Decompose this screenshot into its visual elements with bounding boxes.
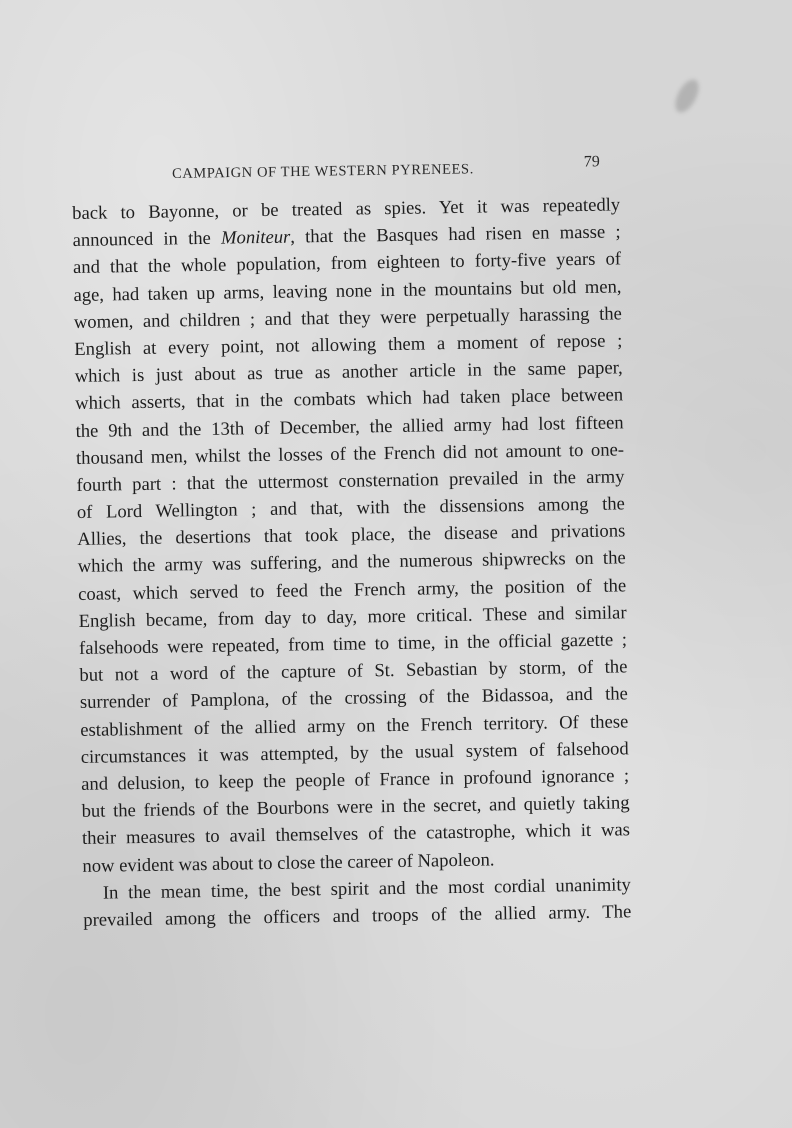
scanned-book-page: CAMPAIGN OF THE WESTERN PYRENEES. 79 bac… — [0, 0, 792, 1128]
page-number: 79 — [584, 153, 600, 171]
body-text: back to Bayonne, or be treated as spies.… — [72, 191, 631, 934]
text-fragment: , that the Basques had risen en masse ; — [290, 222, 621, 248]
running-title: CAMPAIGN OF THE WESTERN PYRENEES. — [172, 161, 474, 183]
italic-title: Moniteur — [221, 227, 291, 249]
running-head: CAMPAIGN OF THE WESTERN PYRENEES. 79 — [172, 155, 600, 186]
ink-smudge — [671, 76, 704, 116]
text-fragment: announced in the — [72, 228, 221, 251]
